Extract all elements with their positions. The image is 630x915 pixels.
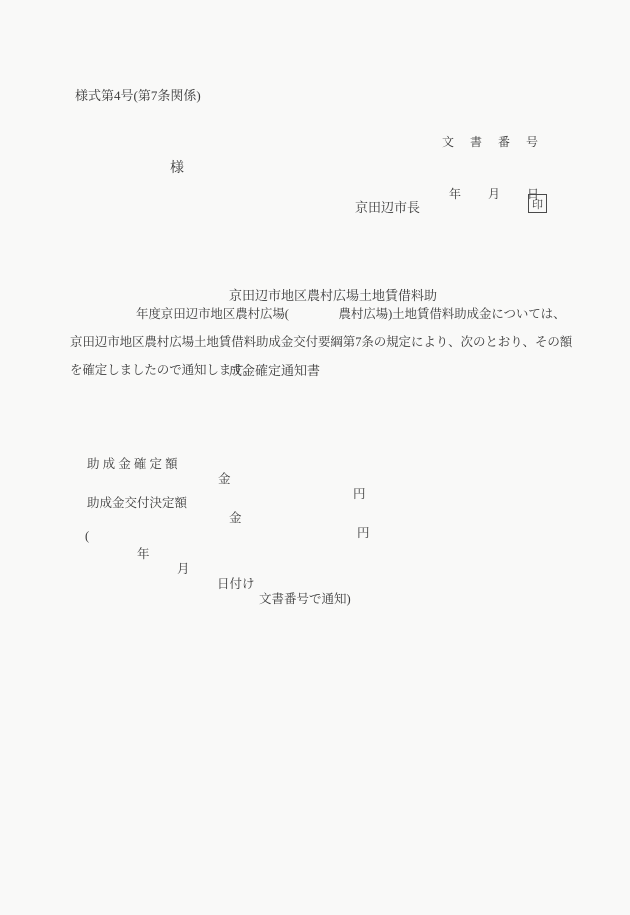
amount-row-confirmed: 助 成 金 確 定 額 金 円 — [0, 439, 630, 457]
date-line: 年 月 日 — [442, 184, 540, 204]
notification-note-row: ( 年 月 日付け 文書番号で通知) — [0, 514, 630, 532]
body-line-2: 京田辺市地区農村広場土地賃借料助成金交付要綱第7条の規定により、次のとおり、その… — [70, 332, 572, 350]
document-page: 様式第4号(第7条関係) 文 書 番 号 年 月 日 様 京田辺市長 印 京田辺… — [0, 0, 630, 915]
doc-number-line: 文 書 番 号 — [442, 132, 540, 152]
addressee-suffix: 様 — [170, 157, 184, 177]
amount-row-granted: 助成金交付決定額 金 円 — [0, 478, 630, 496]
sender-name: 京田辺市長 — [355, 197, 420, 216]
body-line-1: 年度京田辺市地区農村広場( 農村広場)土地賃借料助成金については、 — [136, 304, 565, 322]
note-rest-text: 文書番号で通知) — [259, 589, 351, 607]
note-year-label: 年 — [137, 544, 150, 562]
confirmed-amount-label: 助 成 金 確 定 額 — [87, 454, 178, 472]
body-line-3: を確定しましたので通知します。 — [70, 360, 255, 378]
note-open-paren: ( — [85, 529, 89, 544]
header-right-block: 文 書 番 号 年 月 日 — [442, 100, 540, 236]
note-month-label: 月 — [177, 559, 190, 577]
granted-amount-label: 助成金交付決定額 — [87, 493, 187, 511]
seal-label: 印 — [532, 196, 543, 212]
title-line-2: 成金確定通知書 — [229, 358, 437, 383]
form-number: 様式第4号(第7条関係) — [75, 85, 201, 104]
note-day-label: 日付け — [217, 574, 255, 592]
seal-box: 印 — [528, 194, 547, 213]
